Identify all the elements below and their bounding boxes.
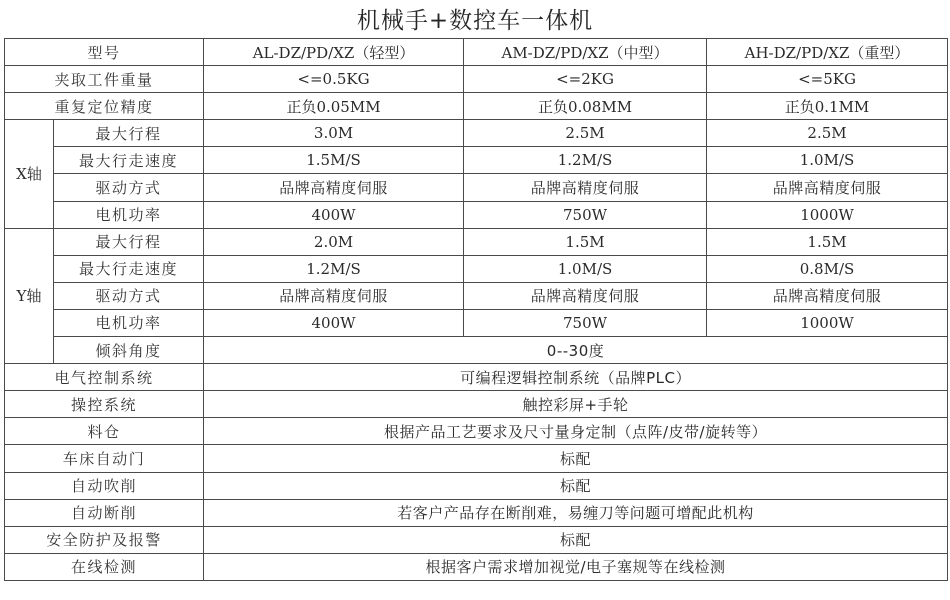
- cell-value: <=5KG: [707, 66, 948, 93]
- model-medium: AM-DZ/PD/XZ（中型）: [464, 39, 707, 66]
- row-label: 电机功率: [54, 201, 204, 228]
- table-row-magazine: 料仓 根据产品工艺要求及尺寸量身定制（点阵/皮带/旋转等）: [5, 418, 948, 445]
- table-row-auto-blow-chips: 自动吹削 标配: [5, 472, 948, 499]
- y-axis-label: Y轴: [5, 228, 54, 363]
- table-row-y-power: 电机功率 400W 750W 1000W: [5, 309, 948, 336]
- row-label: 料仓: [5, 418, 204, 445]
- row-label: 自动吹削: [5, 472, 204, 499]
- cell-value: 0.8M/S: [707, 255, 948, 282]
- cell-value: 750W: [464, 201, 707, 228]
- row-label: 夹取工件重量: [5, 66, 204, 93]
- table-row-auto-chip-break: 自动断削 若客户产品存在断削难，易缠刀等问题可增配此机构: [5, 499, 948, 526]
- cell-value: 750W: [464, 309, 707, 336]
- cell-value: 品牌高精度伺服: [464, 174, 707, 201]
- cell-value: 品牌高精度伺服: [464, 282, 707, 309]
- cell-value: 1000W: [707, 309, 948, 336]
- cell-value: 1.5M/S: [204, 147, 464, 174]
- document-title: 机械手+数控车一体机: [0, 4, 950, 38]
- cell-value: 400W: [204, 309, 464, 336]
- table-row-y-tilt: 倾斜角度 0--30度: [5, 337, 948, 364]
- table-row-safety-alarm: 安全防护及报警 标配: [5, 526, 948, 553]
- cell-value: 标配: [204, 445, 948, 472]
- cell-value: 品牌高精度伺服: [204, 282, 464, 309]
- table-row-x-stroke: X轴 最大行程 3.0M 2.5M 2.5M: [5, 120, 948, 147]
- cell-value: 1.0M/S: [464, 255, 707, 282]
- table-row-model: 型号 AL-DZ/PD/XZ（轻型） AM-DZ/PD/XZ（中型） AH-DZ…: [5, 39, 948, 66]
- cell-value: 正负0.08MM: [464, 93, 707, 120]
- cell-value: 400W: [204, 201, 464, 228]
- cell-value: 品牌高精度伺服: [707, 174, 948, 201]
- row-label: 型号: [5, 39, 204, 66]
- cell-value: 根据产品工艺要求及尺寸量身定制（点阵/皮带/旋转等）: [204, 418, 948, 445]
- table-row-y-speed: 最大行走速度 1.2M/S 1.0M/S 0.8M/S: [5, 255, 948, 282]
- table-row-online-inspection: 在线检测 根据客户需求增加视觉/电子塞规等在线检测: [5, 553, 948, 580]
- cell-value: 1.5M: [707, 228, 948, 255]
- cell-value: 1.5M: [464, 228, 707, 255]
- row-label: 倾斜角度: [54, 337, 204, 364]
- table-row-repeat-accuracy: 重复定位精度 正负0.05MM 正负0.08MM 正负0.1MM: [5, 93, 948, 120]
- row-label: 最大行走速度: [54, 255, 204, 282]
- row-label: 操控系统: [5, 391, 204, 418]
- row-label: 最大行走速度: [54, 147, 204, 174]
- cell-value: 可编程逻辑控制系统（品牌PLC）: [204, 364, 948, 391]
- cell-value: 2.5M: [707, 120, 948, 147]
- cell-value: 触控彩屏+手轮: [204, 391, 948, 418]
- cell-value: 2.5M: [464, 120, 707, 147]
- row-label: 自动断削: [5, 499, 204, 526]
- cell-value: 正负0.1MM: [707, 93, 948, 120]
- row-label: 最大行程: [54, 228, 204, 255]
- table-row-x-drive: 驱动方式 品牌高精度伺服 品牌高精度伺服 品牌高精度伺服: [5, 174, 948, 201]
- cell-value: 正负0.05MM: [204, 93, 464, 120]
- row-label: 最大行程: [54, 120, 204, 147]
- cell-value: <=0.5KG: [204, 66, 464, 93]
- cell-value: 1.2M/S: [464, 147, 707, 174]
- cell-value: 3.0M: [204, 120, 464, 147]
- cell-value: 1.0M/S: [707, 147, 948, 174]
- cell-value: 标配: [204, 526, 948, 553]
- table-row-x-speed: 最大行走速度 1.5M/S 1.2M/S 1.0M/S: [5, 147, 948, 174]
- row-label: 电机功率: [54, 309, 204, 336]
- table-row-clamp-weight: 夹取工件重量 <=0.5KG <=2KG <=5KG: [5, 66, 948, 93]
- row-label: 电气控制系统: [5, 364, 204, 391]
- row-label: 在线检测: [5, 553, 204, 580]
- table-row-operation-system: 操控系统 触控彩屏+手轮: [5, 391, 948, 418]
- cell-value: 品牌高精度伺服: [707, 282, 948, 309]
- cell-value: 标配: [204, 472, 948, 499]
- cell-value: 1.2M/S: [204, 255, 464, 282]
- model-heavy: AH-DZ/PD/XZ（重型）: [707, 39, 948, 66]
- cell-value: 1000W: [707, 201, 948, 228]
- row-label: 重复定位精度: [5, 93, 204, 120]
- spec-table: 型号 AL-DZ/PD/XZ（轻型） AM-DZ/PD/XZ（中型） AH-DZ…: [4, 38, 948, 581]
- row-label: 安全防护及报警: [5, 526, 204, 553]
- cell-value: 0--30度: [204, 337, 948, 364]
- table-row-electrical-control: 电气控制系统 可编程逻辑控制系统（品牌PLC）: [5, 364, 948, 391]
- table-row-lathe-auto-door: 车床自动门 标配: [5, 445, 948, 472]
- table-row-y-drive: 驱动方式 品牌高精度伺服 品牌高精度伺服 品牌高精度伺服: [5, 282, 948, 309]
- row-label: 驱动方式: [54, 174, 204, 201]
- cell-value: 根据客户需求增加视觉/电子塞规等在线检测: [204, 553, 948, 580]
- cell-value: 若客户产品存在断削难，易缠刀等问题可增配此机构: [204, 499, 948, 526]
- cell-value: 品牌高精度伺服: [204, 174, 464, 201]
- row-label: 驱动方式: [54, 282, 204, 309]
- model-light: AL-DZ/PD/XZ（轻型）: [204, 39, 464, 66]
- x-axis-label: X轴: [5, 120, 54, 228]
- table-row-y-stroke: Y轴 最大行程 2.0M 1.5M 1.5M: [5, 228, 948, 255]
- row-label: 车床自动门: [5, 445, 204, 472]
- table-row-x-power: 电机功率 400W 750W 1000W: [5, 201, 948, 228]
- cell-value: <=2KG: [464, 66, 707, 93]
- cell-value: 2.0M: [204, 228, 464, 255]
